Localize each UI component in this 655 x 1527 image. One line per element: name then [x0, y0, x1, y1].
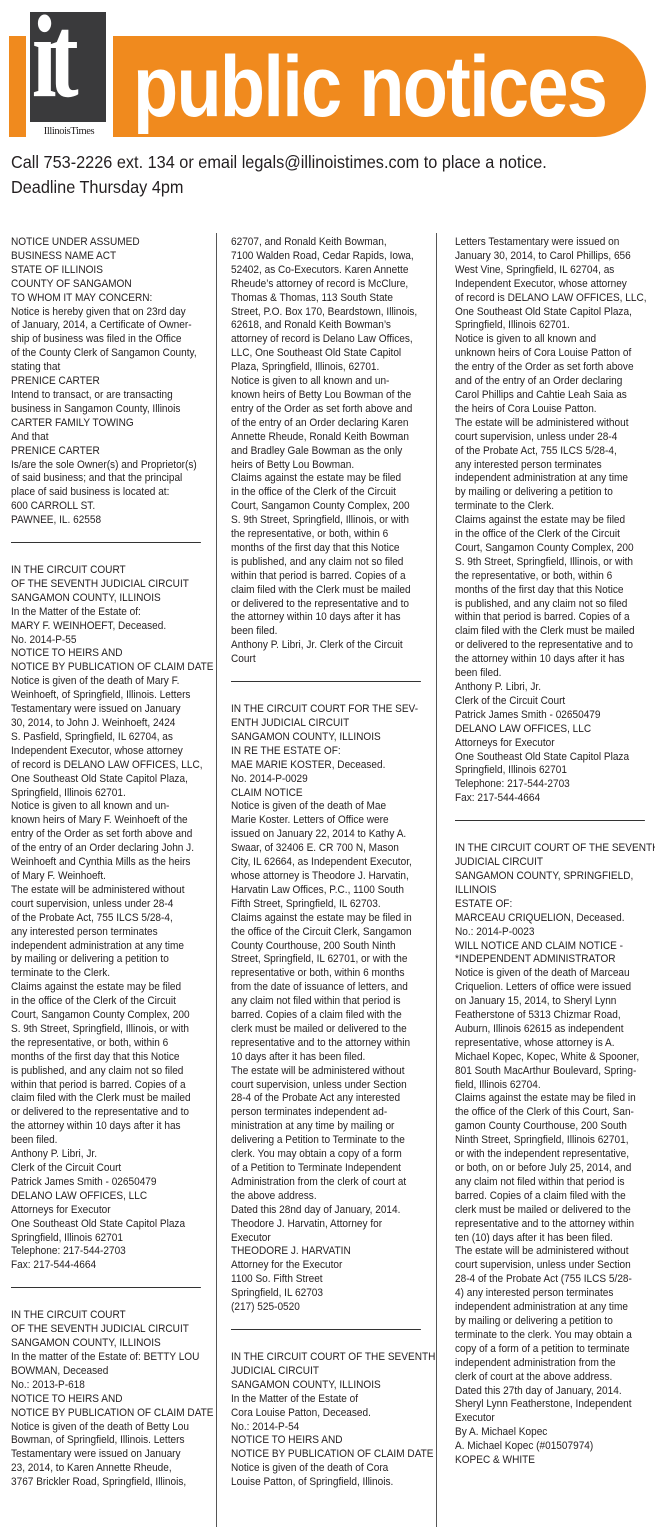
notice-line: of Mary F. Weinhoeft.: [11, 870, 211, 884]
notice-line: Louise Patton, of Springfield, Illinois.: [231, 1476, 431, 1490]
notice-line: the office of the Circuit Clerk, Sangamo…: [231, 926, 431, 940]
notice-separator: [11, 542, 201, 543]
notice: NOTICE UNDER ASSUMEDBUSINESS NAME ACTSTA…: [11, 236, 211, 528]
notice-line: KOPEC & WHITE: [455, 1454, 655, 1468]
notice-line: SANGAMON COUNTY, ILLINOIS: [11, 592, 211, 606]
notice-line: Administration from the clerk of court a…: [231, 1176, 431, 1190]
notice-line: No. 2014-P-55: [11, 634, 211, 648]
notice-line: By A. Michael Kopec: [455, 1426, 655, 1440]
notice-line: (217) 525-0520: [231, 1301, 431, 1315]
notice-line: The estate will be administered without: [455, 1245, 655, 1259]
notice-line: Intend to transact, or are transacting: [11, 389, 211, 403]
notice-line: issued on January 22, 2014 to Kathy A.: [231, 828, 431, 842]
notice-line: by mailing or delivering a petition to: [455, 1315, 655, 1329]
notice-line: Fax: 217-544-4664: [455, 792, 655, 806]
notice-line: A. Michael Kopec (#01507974): [455, 1440, 655, 1454]
notice-line: terminate to the Clerk.: [455, 500, 655, 514]
contact-info: Call 753-2226 ext. 134 or email legals@i…: [11, 150, 606, 200]
notice-line: barred. Copies of a claim filed with the: [231, 1009, 431, 1023]
notice-line: SANGAMON COUNTY, SPRINGFIELD,: [455, 870, 655, 884]
notice-line: Dated this 28nd day of January, 2014.: [231, 1204, 431, 1218]
notice-line: One Southeast Old State Capitol Plaza,: [455, 306, 655, 320]
notice-line: Letters Testamentary were issued on: [455, 236, 655, 250]
notice-line: 10 days after it has been filed.: [231, 1051, 431, 1065]
notice-line: Notice is given of the death of Marceau: [455, 967, 655, 981]
notice-line: Is/are the sole Owner(s) and Proprietor(…: [11, 459, 211, 473]
notice-line: TO WHOM IT MAY CONCERN:: [11, 292, 211, 306]
notice-line: by mailing or delivering a petition to: [455, 486, 655, 500]
notice-line: OF THE SEVENTH JUDICIAL CIRCUIT: [11, 1323, 211, 1337]
notice-line: claim filed with the Clerk must be maile…: [455, 625, 655, 639]
notice-line: Claims against the estate may be filed i…: [231, 912, 431, 926]
notice-line: County Courthouse, 200 South Ninth: [231, 940, 431, 954]
notice-line: CLAIM NOTICE: [231, 787, 431, 801]
notice-line: Auburn, Illinois 62615 as independent: [455, 1023, 655, 1037]
notice-line: Cora Louise Patton, Deceased.: [231, 1407, 431, 1421]
notice-line: 801 South MacArthur Boulevard, Spring-: [455, 1065, 655, 1079]
notice-line: Notice is given to all known and un-: [11, 800, 211, 814]
notice-line: Fax: 217-544-4664: [11, 1259, 211, 1273]
notice-line: of the County Clerk of Sangamon County,: [11, 347, 211, 361]
notice-line: the representative, or both, within 6: [11, 1037, 211, 1051]
notice-line: known heirs of Mary F. Weinhoeft of the: [11, 814, 211, 828]
notice-line: months of the first day that this Notice: [231, 542, 431, 556]
notice-line: Court, Sangamon County Complex, 200: [11, 1009, 211, 1023]
notice-line: LLC, One Southeast Old State Capitol: [231, 347, 431, 361]
notice-line: ministration at any time by mailing or: [231, 1120, 431, 1134]
notice-line: any claim not filed within that period i…: [231, 995, 431, 1009]
notice-line: Bowman, of Springfield, Illinois. Letter…: [11, 1434, 211, 1448]
notice-line: Attorneys for Executor: [11, 1204, 211, 1218]
notice-line: 62707, and Ronald Keith Bowman,: [231, 236, 431, 250]
notice-line: S. 9th Street, Springfield, Illinois, or…: [11, 1023, 211, 1037]
notice-line: NOTICE TO HEIRS AND: [231, 1434, 431, 1448]
notice-line: Telephone: 217-544-2703: [455, 778, 655, 792]
page-title: public notices: [133, 42, 606, 132]
notice-line: 52402, as Co-Executors. Karen Annette: [231, 264, 431, 278]
notice-line: Anthony P. Libri, Jr. Clerk of the Circu…: [231, 639, 431, 653]
column-1: NOTICE UNDER ASSUMEDBUSINESS NAME ACTSTA…: [11, 236, 211, 1490]
notice-line: representative and to the attorney withi…: [231, 1037, 431, 1051]
notice-line: been filed.: [455, 667, 655, 681]
notice: IN THE CIRCUIT COURTOF THE SEVENTH JUDIC…: [11, 1309, 211, 1490]
masthead: it IllinoisTimes public notices: [0, 0, 655, 145]
notice-line: DELANO LAW OFFICES, LLC: [455, 723, 655, 737]
notice-line: No.: 2013-P-618: [11, 1379, 211, 1393]
notice-line: court supervision, unless under Section: [231, 1079, 431, 1093]
notice-line: Weinhoeft, of Springfield, Illinois. Let…: [11, 689, 211, 703]
notice-line: STATE OF ILLINOIS: [11, 264, 211, 278]
notice-line: representative, whose attorney is A.: [455, 1037, 655, 1051]
notice-line: In the Matter of the Estate of: [231, 1393, 431, 1407]
notice-line: field, Illinois 62704.: [455, 1079, 655, 1093]
notice-line: of the Probate Act, 755 ILCS 5/28-4,: [11, 912, 211, 926]
notice-line: the office of the Clerk of this Court, S…: [455, 1106, 655, 1120]
notice-separator: [231, 681, 421, 682]
accent-bar: [9, 36, 26, 137]
notice-line: business in Sangamon County, Illinois: [11, 403, 211, 417]
notice-line: stating that: [11, 361, 211, 375]
notice-line: Plaza, Springfield, Illinois, 62701.: [231, 361, 431, 375]
notice: Letters Testamentary were issued onJanua…: [455, 236, 655, 806]
notice-line: Sheryl Lynn Featherstone, Independent: [455, 1398, 655, 1412]
notice-line: within that period is barred. Copies of …: [231, 570, 431, 584]
notice-line: of said business; and that the principal: [11, 472, 211, 486]
notice-line: the entry of the Order as set forth abov…: [455, 361, 655, 375]
notice-line: Notice is given to all known and un-: [231, 375, 431, 389]
notice-line: of January, 2014, a Certificate of Owner…: [11, 319, 211, 333]
notice-line: person terminates independent ad-: [231, 1106, 431, 1120]
notice-line: 1100 So. Fifth Street: [231, 1273, 431, 1287]
notice-line: January 30, 2014, to Carol Phillips, 656: [455, 250, 655, 264]
notice-line: unknown heirs of Cora Louise Patton of: [455, 347, 655, 361]
notice-line: clerk of court at the above address.: [455, 1371, 655, 1385]
notice-line: 600 CARROLL ST.: [11, 500, 211, 514]
notice-line: 28-4 of the Probate Act (755 ILCS 5/28-: [455, 1273, 655, 1287]
notice-line: Court, Sangamon County Complex, 200: [231, 500, 431, 514]
notice-line: in the office of the Clerk of the Circui…: [11, 995, 211, 1009]
notice-line: Criquelion. Letters of office were issue…: [455, 981, 655, 995]
notice-line: Claims against the estate may be filed i…: [455, 1092, 655, 1106]
notice-line: Court, Sangamon County Complex, 200: [455, 542, 655, 556]
notice-line: of record is DELANO LAW OFFICES, LLC,: [455, 292, 655, 306]
notice-line: within that period is barred. Copies of …: [11, 1079, 211, 1093]
logo-dark-panel: it: [30, 12, 106, 122]
notice-line: Annette Rheude, Ronald Keith Bowman: [231, 431, 431, 445]
notice-line: BOWMAN, Deceased: [11, 1365, 211, 1379]
notice-line: Dated this 27th day of January, 2014.: [455, 1385, 655, 1399]
notice-line: claim filed with the Clerk must be maile…: [231, 584, 431, 598]
notice-line: is published, and any claim not so filed: [231, 556, 431, 570]
notice-line: MARY F. WEINHOEFT, Deceased.: [11, 620, 211, 634]
notice-line: NOTICE BY PUBLICATION OF CLAIM DATE: [11, 1407, 211, 1421]
notice-line: is published, and any claim not so filed: [455, 598, 655, 612]
notice-line: OF THE SEVENTH JUDICIAL CIRCUIT: [11, 578, 211, 592]
notice-line: IN THE CIRCUIT COURT: [11, 1309, 211, 1323]
notice-line: the attorney within 10 days after it has: [11, 1120, 211, 1134]
notice-line: Michael Kopec, Kopec, White & Spooner,: [455, 1051, 655, 1065]
illinois-times-logo: it IllinoisTimes: [30, 12, 108, 137]
notice-line: West Vine, Springfield, IL 62704, as: [455, 264, 655, 278]
notice-line: NOTICE TO HEIRS AND: [11, 1393, 211, 1407]
notice-line: 62618, and Ronald Keith Bowman’s: [231, 319, 431, 333]
notice-line: delivering a Petition to Terminate to th…: [231, 1134, 431, 1148]
notice-line: One Southeast Old State Capitol Plaza,: [11, 773, 211, 787]
notice-line: gamon County Courthouse, 200 South: [455, 1120, 655, 1134]
notice-line: *INDEPENDENT ADMINISTRATOR: [455, 953, 655, 967]
notice-line: MARCEAU CRIQUELION, Deceased.: [455, 912, 655, 926]
notice-line: court supervision, unless under 28-4: [455, 431, 655, 445]
notice-line: whose attorney is Theodore J. Harvatin,: [231, 870, 431, 884]
notice-line: No.: 2014-P-54: [231, 1421, 431, 1435]
notice-line: Attorney for the Executor: [231, 1259, 431, 1273]
notice-line: claim filed with the Clerk must be maile…: [11, 1092, 211, 1106]
notice-line: WILL NOTICE AND CLAIM NOTICE -: [455, 940, 655, 954]
notice-line: 23, 2014, to Karen Annette Rheude,: [11, 1462, 211, 1476]
notice-line: JUDICIAL CIRCUIT: [455, 856, 655, 870]
notice-line: 28-4 of the Probate Act any interested: [231, 1092, 431, 1106]
notice-line: court supervision, unless under Section: [455, 1259, 655, 1273]
notice-line: by mailing or delivering a petition to: [11, 953, 211, 967]
notice-line: The estate will be administered without: [231, 1065, 431, 1079]
notice-line: 30, 2014, to John J. Weinhoeft, 2424: [11, 717, 211, 731]
notice-separator: [455, 820, 645, 821]
notice-line: Notice is hereby given that on 23rd day: [11, 306, 211, 320]
notice-line: representative and to the attorney withi…: [455, 1218, 655, 1232]
notice-line: of record is DELANO LAW OFFICES, LLC,: [11, 759, 211, 773]
notice-line: And that: [11, 431, 211, 445]
notice-line: been filed.: [11, 1134, 211, 1148]
notice-line: NOTICE UNDER ASSUMED: [11, 236, 211, 250]
notice-line: the heirs of Cora Louise Patton.: [455, 403, 655, 417]
notice-line: Patrick James Smith - 02650479: [455, 709, 655, 723]
notice-line: court supervision, unless under 28-4: [11, 898, 211, 912]
notice-line: Court: [231, 653, 431, 667]
notice-line: the attorney within 10 days after it has: [231, 611, 431, 625]
notice-line: Thomas & Thomas, 113 South State: [231, 292, 431, 306]
notice-line: Harvatin Law Offices, P.C., 1100 South: [231, 884, 431, 898]
notice-line: Theodore J. Harvatin, Attorney for: [231, 1218, 431, 1232]
notice-line: Testamentary were issued on January: [11, 703, 211, 717]
notice: IN THE CIRCUIT COURT OF THE SEVENTHJUDIC…: [455, 842, 655, 1468]
notice: IN THE CIRCUIT COURT FOR THE SEV-ENTH JU…: [231, 703, 431, 1315]
notice-line: Springfield, Illinois 62701.: [455, 319, 655, 333]
notice-line: the above address.: [231, 1190, 431, 1204]
notice-line: ten (10) days after it has been filed.: [455, 1232, 655, 1246]
notice-line: Attorneys for Executor: [455, 737, 655, 751]
notice-line: S. 9th Street, Springfield, Illinois, or…: [231, 514, 431, 528]
notice-line: Executor: [231, 1232, 431, 1246]
notice-line: NOTICE BY PUBLICATION OF CLAIM DATE: [11, 661, 211, 675]
notice-line: Street, P.O. Box 170, Beardstown, Illino…: [231, 306, 431, 320]
column-3: Letters Testamentary were issued onJanua…: [455, 236, 655, 1468]
notice-line: independent administration from the: [455, 1357, 655, 1371]
notice-line: Swaar, of 32406 E. CR 700 N, Mason: [231, 842, 431, 856]
notice-line: Notice is given to all known and: [455, 333, 655, 347]
notice-line: Rheude’s attorney of record is McClure,: [231, 278, 431, 292]
notice-line: independent administration at any time: [455, 472, 655, 486]
notice-line: SANGAMON COUNTY, ILLINOIS: [231, 731, 431, 745]
notice-line: months of the first day that this Notice: [455, 584, 655, 598]
notice-separator: [11, 1287, 201, 1288]
notice-line: any claim not filed within that period i…: [455, 1176, 655, 1190]
notice-line: been filed.: [231, 625, 431, 639]
column-divider: [216, 233, 217, 1527]
notice-line: ship of business was filed in the Office: [11, 333, 211, 347]
notice-line: or both, on or before July 25, 2014, and: [455, 1162, 655, 1176]
notice-line: DELANO LAW OFFICES, LLC: [11, 1190, 211, 1204]
notice-line: clerk must be mailed or delivered to the: [231, 1023, 431, 1037]
notice-line: Fifth Street, Springfield, IL 62703.: [231, 898, 431, 912]
notice-line: 7100 Walden Road, Cedar Rapids, Iowa,: [231, 250, 431, 264]
notice-line: Springfield, Illinois 62701.: [11, 787, 211, 801]
notice-line: One Southeast Old State Capitol Plaza: [11, 1218, 211, 1232]
notice-line: any interested person terminates: [11, 926, 211, 940]
notice-line: IN RE THE ESTATE OF:: [231, 745, 431, 759]
notice-line: Carol Phillips and Cahtie Leah Saia as: [455, 389, 655, 403]
logo-caption: IllinoisTimes: [30, 126, 108, 137]
notice: IN THE CIRCUIT COURT OF THE SEVENTHJUDIC…: [231, 1351, 431, 1490]
notice-line: THEODORE J. HARVATIN: [231, 1245, 431, 1259]
notice-line: Street, Springfield, IL 62701, or with t…: [231, 953, 431, 967]
notice-line: Notice is given of the death of Betty Lo…: [11, 1421, 211, 1435]
notice-line: is published, and any claim not so filed: [11, 1065, 211, 1079]
notice-line: Clerk of the Circuit Court: [455, 695, 655, 709]
notice-line: the representative, or both, within 6: [455, 570, 655, 584]
notice-line: Marie Koster. Letters of Office were: [231, 814, 431, 828]
notice-line: Ninth Street, Springfield, Illinois 6270…: [455, 1134, 655, 1148]
notice-line: Notice is given of the death of Cora: [231, 1462, 431, 1476]
notice-line: S. 9th Street, Springfield, Illinois, or…: [455, 556, 655, 570]
notice-line: COUNTY OF SANGAMON: [11, 278, 211, 292]
notice-line: PRENICE CARTER: [11, 375, 211, 389]
notice-line: SANGAMON COUNTY, ILLINOIS: [11, 1337, 211, 1351]
notice-line: NOTICE BY PUBLICATION OF CLAIM DATE: [231, 1448, 431, 1462]
notice-line: Notice is given of the death of Mary F.: [11, 675, 211, 689]
notice-line: and Bradley Gale Bowman as the only: [231, 445, 431, 459]
notice-line: terminate to the Clerk.: [11, 967, 211, 981]
notice-line: Testamentary were issued on January: [11, 1448, 211, 1462]
notice-line: terminate to the clerk. You may obtain a: [455, 1329, 655, 1343]
notice-line: ESTATE OF:: [455, 898, 655, 912]
notice-line: the attorney within 10 days after it has: [455, 653, 655, 667]
notice-line: Telephone: 217-544-2703: [11, 1245, 211, 1259]
notice-line: or with the independent representative,: [455, 1148, 655, 1162]
notice-line: NOTICE TO HEIRS AND: [11, 647, 211, 661]
notice-line: One Southeast Old State Capitol Plaza: [455, 751, 655, 765]
notice-line: attorney of record is Delano Law Offices…: [231, 333, 431, 347]
notice-line: of the entry of an Order declaring John …: [11, 842, 211, 856]
notice-line: Anthony P. Libri, Jr.: [11, 1148, 211, 1162]
notice-line: No. 2014-P-0029: [231, 773, 431, 787]
notice-line: from the date of issuance of letters, an…: [231, 981, 431, 995]
notice-line: independent administration at any time: [455, 1301, 655, 1315]
notice-line: In the matter of the Estate of: BETTY LO…: [11, 1351, 211, 1365]
notice-line: Springfield, Illinois 62701: [11, 1232, 211, 1246]
notice-line: representative or both, within 6 months: [231, 967, 431, 981]
notice-line: Executor: [455, 1412, 655, 1426]
notice: IN THE CIRCUIT COURTOF THE SEVENTH JUDIC…: [11, 564, 211, 1273]
notice-line: Weinhoeft and Cynthia Mills as the heirs: [11, 856, 211, 870]
notice-line: clerk must be mailed or delivered to the: [455, 1204, 655, 1218]
notice-line: PRENICE CARTER: [11, 445, 211, 459]
notice-line: months of the first day that this Notice: [11, 1051, 211, 1065]
notice-line: Patrick James Smith - 02650479: [11, 1176, 211, 1190]
notice-line: The estate will be administered without: [455, 417, 655, 431]
notice-line: No.: 2014-P-0023: [455, 926, 655, 940]
notice-separator: [231, 1329, 421, 1330]
notice-line: or delivered to the representative and t…: [455, 639, 655, 653]
notice-line: Anthony P. Libri, Jr.: [455, 681, 655, 695]
notice-line: entry of the Order as set forth above an…: [231, 403, 431, 417]
notice-line: IN THE CIRCUIT COURT: [11, 564, 211, 578]
notice-line: IN THE CIRCUIT COURT OF THE SEVENTH: [455, 842, 655, 856]
notice-line: In the Matter of the Estate of:: [11, 606, 211, 620]
notice-line: in the office of the Clerk of the Circui…: [455, 528, 655, 542]
column-2: 62707, and Ronald Keith Bowman,7100 Wald…: [231, 236, 431, 1490]
notice-line: the representative, or both, within 6: [231, 528, 431, 542]
notice-line: copy of a form of a petition to terminat…: [455, 1343, 655, 1357]
notice-line: JUDICIAL CIRCUIT: [231, 1365, 431, 1379]
notice-line: BUSINESS NAME ACT: [11, 250, 211, 264]
deadline-line: Deadline Thursday 4pm: [11, 175, 606, 200]
notice-line: Springfield, Illinois 62701: [455, 764, 655, 778]
notice-line: Claims against the estate may be filed: [11, 981, 211, 995]
notice-line: within that period is barred. Copies of …: [455, 611, 655, 625]
notice-line: of a Petition to Terminate Independent: [231, 1162, 431, 1176]
notice-line: clerk. You may obtain a copy of a form: [231, 1148, 431, 1162]
notice-line: Claims against the estate may be filed: [455, 514, 655, 528]
notice-line: SANGAMON COUNTY, ILLINOIS: [231, 1379, 431, 1393]
notice-line: in the office of the Clerk of the Circui…: [231, 486, 431, 500]
notice-line: and of the entry of an Order declaring: [455, 375, 655, 389]
notice-line: of the Probate Act, 755 ILCS 5/28-4,: [455, 445, 655, 459]
notice-line: Notice is given of the death of Mae: [231, 800, 431, 814]
notice-line: ILLINOIS: [455, 884, 655, 898]
notice-line: 3767 Brickler Road, Springfield, Illinoi…: [11, 1476, 211, 1490]
notice-line: Springfield, IL 62703: [231, 1287, 431, 1301]
contact-line: Call 753-2226 ext. 134 or email legals@i…: [11, 150, 606, 175]
notice-line: MAE MARIE KOSTER, Deceased.: [231, 759, 431, 773]
notice-line: Clerk of the Circuit Court: [11, 1162, 211, 1176]
notice-line: City, IL 62664, as Independent Executor,: [231, 856, 431, 870]
notice-line: known heirs of Betty Lou Bowman of the: [231, 389, 431, 403]
notice-line: or delivered to the representative and t…: [11, 1106, 211, 1120]
notice-line: S. Pasfield, Springfield, IL 62704, as: [11, 731, 211, 745]
notice-line: place of said business is located at:: [11, 486, 211, 500]
notice-line: Independent Executor, whose attorney: [455, 278, 655, 292]
notice-line: Independent Executor, whose attorney: [11, 745, 211, 759]
notice-line: heirs of Betty Lou Bowman.: [231, 459, 431, 473]
notice-line: IN THE CIRCUIT COURT FOR THE SEV-: [231, 703, 431, 717]
notice-line: Claims against the estate may be filed: [231, 472, 431, 486]
notice-line: IN THE CIRCUIT COURT OF THE SEVENTH: [231, 1351, 431, 1365]
column-divider: [436, 233, 437, 1527]
notice-line: CARTER FAMILY TOWING: [11, 417, 211, 431]
notice-line: entry of the Order as set forth above an…: [11, 828, 211, 842]
notice-line: or delivered to the representative and t…: [231, 598, 431, 612]
notice-line: The estate will be administered without: [11, 884, 211, 898]
title-banner: public notices: [113, 36, 646, 137]
notice-line: of the entry of an Order declaring Karen: [231, 417, 431, 431]
notice-line: on January 15, 2014, to Sheryl Lynn: [455, 995, 655, 1009]
notice-line: independent administration at any time: [11, 940, 211, 954]
notice-line: ENTH JUDICIAL CIRCUIT: [231, 717, 431, 731]
notice-line: barred. Copies of a claim filed with the: [455, 1190, 655, 1204]
logo-letters: it: [32, 12, 71, 116]
notice-line: Featherstone of 5313 Chizmar Road,: [455, 1009, 655, 1023]
notice-line: PAWNEE, IL. 62558: [11, 514, 211, 528]
notice-line: 4) any interested person terminates: [455, 1287, 655, 1301]
notice-line: any interested person terminates: [455, 459, 655, 473]
notice: 62707, and Ronald Keith Bowman,7100 Wald…: [231, 236, 431, 667]
